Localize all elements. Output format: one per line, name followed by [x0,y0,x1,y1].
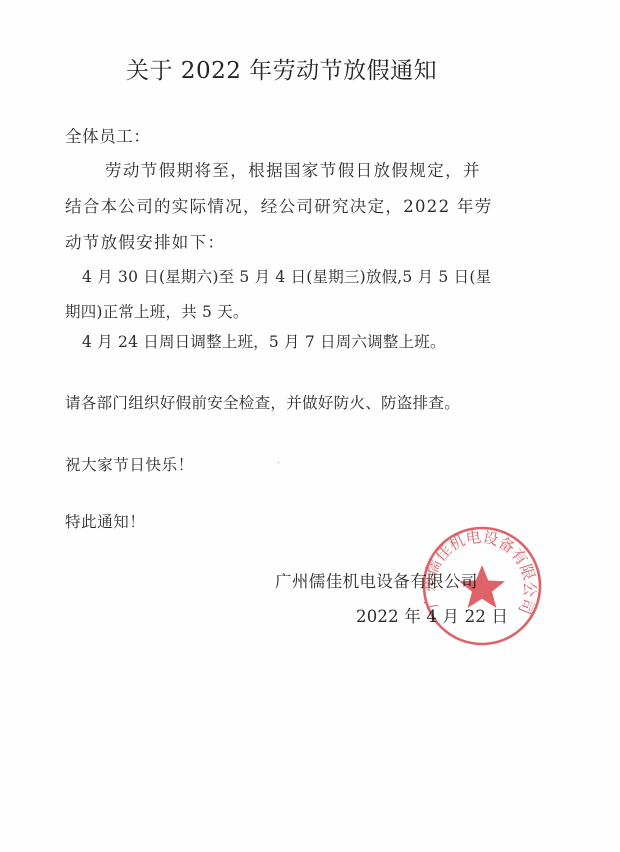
scan-speck [278,462,279,463]
adjusted-workdays: 4 月 24 日周日调整上班，5 月 7 日周六调整上班。 [82,330,446,352]
document-title: 关于 2022 年劳动节放假通知 [126,52,437,85]
safety-instruction: 请各部门组织好假前安全检查，并做好防火、防盗排查。 [65,391,460,413]
star-icon [459,565,505,608]
salutation: 全体员工： [65,123,151,147]
paragraph-1-line-1: 劳动节假期将至，根据国家节假日放假规定，并 [105,157,481,181]
holiday-schedule-line-1: 4 月 30 日(星期六)至 5 月 4 日(星期三)放假,5 月 5 日(星 [82,265,491,287]
paragraph-1-line-2: 结合本公司的实际情况，经公司研究决定，2022 年劳 [65,193,493,217]
company-seal: 广州儒佳机电设备有限公司 [421,525,543,647]
document-page: 关于 2022 年劳动节放假通知 全体员工： 劳动节假期将至，根据国家节假日放假… [0,0,620,852]
holiday-schedule-line-2: 期四)正常上班，共 5 天。 [65,300,249,322]
holiday-greeting: 祝大家节日快乐！ [65,453,194,475]
paragraph-1-line-3: 动节放假安排如下： [65,229,225,253]
notice-closing: 特此通知！ [65,510,146,532]
